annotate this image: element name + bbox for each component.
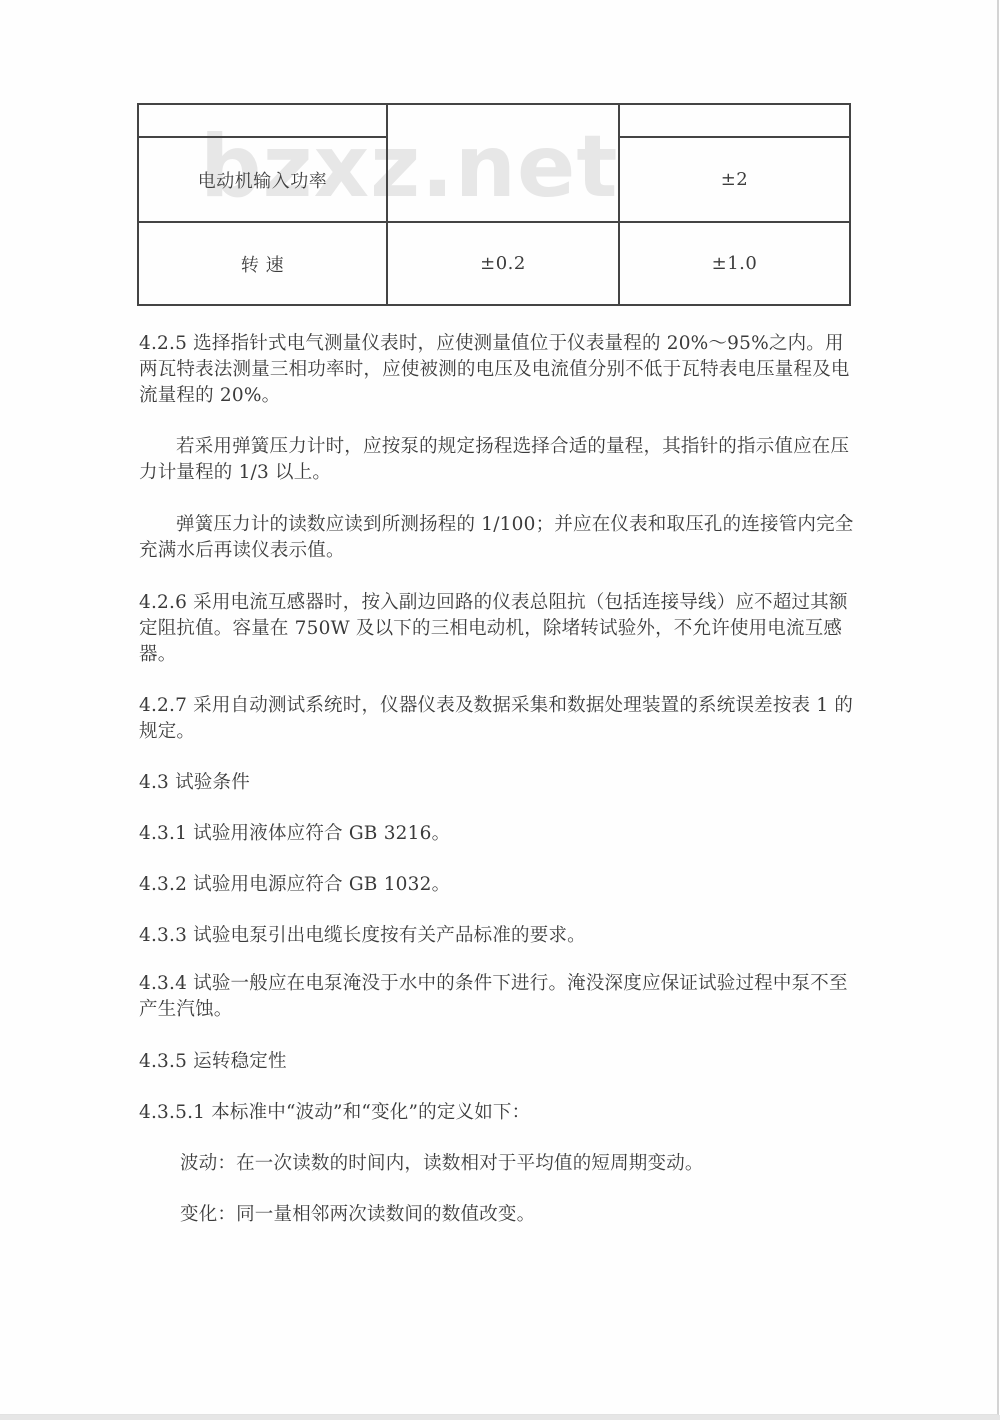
table-header-cell <box>620 105 849 136</box>
paragraph-4-3-4: 4.3.4 试验一般应在电泵淹没于水中的条件下进行。淹没深度应保证试验过程中泵不… <box>139 971 859 1023</box>
error-spec-table: 电动机输入功率 ±2 转 速 ±0.2 ±1.0 <box>137 103 851 306</box>
paragraph-pressure-gauge-reading: 弹簧压力计的读数应读到所测扬程的 1/100；并应在仪表和取压孔的连接管内完全充… <box>139 512 859 564</box>
section-heading-4-3: 4.3 试验条件 <box>139 770 859 796</box>
paragraph-4-3-2: 4.3.2 试验用电源应符合 GB 1032。 <box>139 872 859 898</box>
paragraph-4-2-7: 4.2.7 采用自动测试系统时，仪器仪表及数据采集和数据处理装置的系统误差按表 … <box>139 693 859 745</box>
paragraph-4-3-5-1: 4.3.5.1 本标准中“波动”和“变化”的定义如下： <box>139 1100 859 1126</box>
section-heading-4-3-5: 4.3.5 运转稳定性 <box>139 1049 859 1075</box>
table-header-cell <box>139 105 386 136</box>
paragraph-4-3-3: 4.3.3 试验电泵引出电缆长度按有关产品标准的要求。 <box>139 923 859 949</box>
paragraph-pressure-gauge-range: 若采用弹簧压力计时，应按泵的规定扬程选择合适的量程，其指针的指示值应在压力计量程… <box>139 434 859 486</box>
definition-change: 变化：同一量相邻两次读数间的数值改变。 <box>180 1202 860 1228</box>
paragraph-4-2-5: 4.2.5 选择指针式电气测量仪表时，应使测量值位于仪表量程的 20%～95%之… <box>139 331 859 409</box>
paragraph-4-2-6: 4.2.6 采用电流互感器时，按入副边回路的仪表总阻抗（包括连接导线）应不超过其… <box>139 590 859 668</box>
definition-fluctuation: 波动：在一次读数的时间内，读数相对于平均值的短周期变动。 <box>180 1151 860 1177</box>
paragraph-4-3-1: 4.3.1 试验用液体应符合 GB 3216。 <box>139 821 859 847</box>
table-cell-item: 电动机输入功率 <box>139 138 386 221</box>
document-page: 电动机输入功率 ±2 转 速 ±0.2 ±1.0 bzxz.net 4.2.5 … <box>0 0 999 1415</box>
table-cell-col2 <box>388 105 618 221</box>
table-cell-item: 转 速 <box>139 223 386 304</box>
table-cell-col2: ±0.2 <box>388 223 618 304</box>
table-cell-col3: ±1.0 <box>620 223 849 304</box>
table-cell-col3: ±2 <box>620 138 849 221</box>
page-bottom-edge <box>0 1415 1000 1420</box>
